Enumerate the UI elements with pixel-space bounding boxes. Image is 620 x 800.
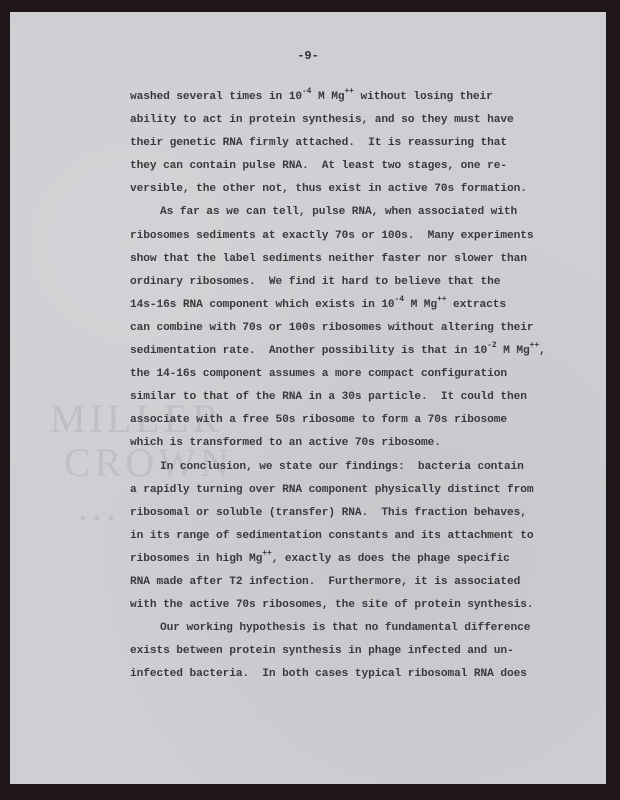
superscript: ++	[530, 341, 539, 350]
text-span: ,	[539, 345, 546, 357]
document-page: MILLER CROWN ... -9- washed several time…	[10, 12, 606, 784]
text-line: ribosomes sediments at exactly 70s or 10…	[130, 225, 570, 248]
text-span: a rapidly turning over RNA component phy…	[130, 484, 533, 496]
superscript: -4	[302, 87, 311, 96]
text-line: Our working hypothesis is that no fundam…	[130, 617, 570, 640]
text-line: sedimentation rate. Another possibility …	[130, 340, 570, 363]
page-number: -9-	[10, 49, 606, 63]
text-line: similar to that of the RNA in a 30s part…	[130, 386, 570, 409]
text-line: ribosomes in high Mg++, exactly as does …	[130, 548, 570, 571]
text-span: exists between protein synthesis in phag…	[130, 645, 514, 657]
text-line: can combine with 70s or 100s ribosomes w…	[130, 317, 570, 340]
text-line: As far as we can tell, pulse RNA, when a…	[130, 201, 570, 224]
text-span: RNA made after T2 infection. Furthermore…	[130, 576, 520, 588]
text-span: ribosomes in high Mg	[130, 553, 262, 565]
superscript: -2	[487, 341, 496, 350]
text-line: which is transformed to an active 70s ri…	[130, 432, 570, 455]
text-span: they can contain pulse RNA. At least two…	[130, 160, 507, 172]
text-line: washed several times in 10-4 M Mg++ with…	[130, 86, 570, 109]
text-span: ordinary ribosomes. We find it hard to b…	[130, 276, 500, 288]
text-span: 14s-16s RNA component which exists in 10	[130, 299, 395, 311]
text-span: In conclusion, we state our findings: ba…	[160, 461, 524, 473]
text-span: versible, the other not, thus exist in a…	[130, 183, 527, 195]
body-text: washed several times in 10-4 M Mg++ with…	[130, 86, 570, 686]
text-line: infected bacteria. In both cases typical…	[130, 663, 570, 686]
text-line: exists between protein synthesis in phag…	[130, 640, 570, 663]
text-span: the 14-16s component assumes a more comp…	[130, 368, 507, 380]
text-span: infected bacteria. In both cases typical…	[130, 668, 527, 680]
text-span: without losing their	[354, 91, 493, 103]
text-line: versible, the other not, thus exist in a…	[130, 178, 570, 201]
text-span: ability to act in protein synthesis, and…	[130, 114, 514, 126]
text-span: Our working hypothesis is that no fundam…	[160, 622, 530, 634]
superscript: ++	[262, 549, 271, 558]
text-span: M Mg	[497, 345, 530, 357]
text-line: In conclusion, we state our findings: ba…	[130, 456, 570, 479]
text-span: associate with a free 50s ribosome to fo…	[130, 414, 507, 426]
text-span: washed several times in 10	[130, 91, 302, 103]
text-line: their genetic RNA firmly attached. It is…	[130, 132, 570, 155]
text-span: can combine with 70s or 100s ribosomes w…	[130, 322, 533, 334]
text-line: the 14-16s component assumes a more comp…	[130, 363, 570, 386]
text-line: ability to act in protein synthesis, and…	[130, 109, 570, 132]
text-line: with the active 70s ribosomes, the site …	[130, 594, 570, 617]
text-span: similar to that of the RNA in a 30s part…	[130, 391, 527, 403]
text-line: a rapidly turning over RNA component phy…	[130, 479, 570, 502]
text-span: which is transformed to an active 70s ri…	[130, 437, 441, 449]
text-span: ribosomal or soluble (transfer) RNA. Thi…	[130, 507, 527, 519]
text-line: associate with a free 50s ribosome to fo…	[130, 409, 570, 432]
text-line: RNA made after T2 infection. Furthermore…	[130, 571, 570, 594]
text-span: with the active 70s ribosomes, the site …	[130, 599, 533, 611]
text-line: 14s-16s RNA component which exists in 10…	[130, 294, 570, 317]
superscript: -4	[395, 295, 404, 304]
text-span: sedimentation rate. Another possibility …	[130, 345, 487, 357]
text-line: ordinary ribosomes. We find it hard to b…	[130, 271, 570, 294]
text-span: M Mg	[404, 299, 437, 311]
text-line: in its range of sedimentation constants …	[130, 525, 570, 548]
text-span: M Mg	[311, 91, 344, 103]
text-line: ribosomal or soluble (transfer) RNA. Thi…	[130, 502, 570, 525]
text-span: ribosomes sediments at exactly 70s or 10…	[130, 230, 533, 242]
text-span: in its range of sedimentation constants …	[130, 530, 533, 542]
text-span: As far as we can tell, pulse RNA, when a…	[160, 206, 517, 218]
text-line: they can contain pulse RNA. At least two…	[130, 155, 570, 178]
text-line: show that the label sediments neither fa…	[130, 248, 570, 271]
superscript: ++	[344, 87, 353, 96]
text-span: extracts	[446, 299, 506, 311]
text-span: , exactly as does the phage specific	[272, 553, 510, 565]
text-span: their genetic RNA firmly attached. It is…	[130, 137, 507, 149]
text-span: show that the label sediments neither fa…	[130, 253, 527, 265]
